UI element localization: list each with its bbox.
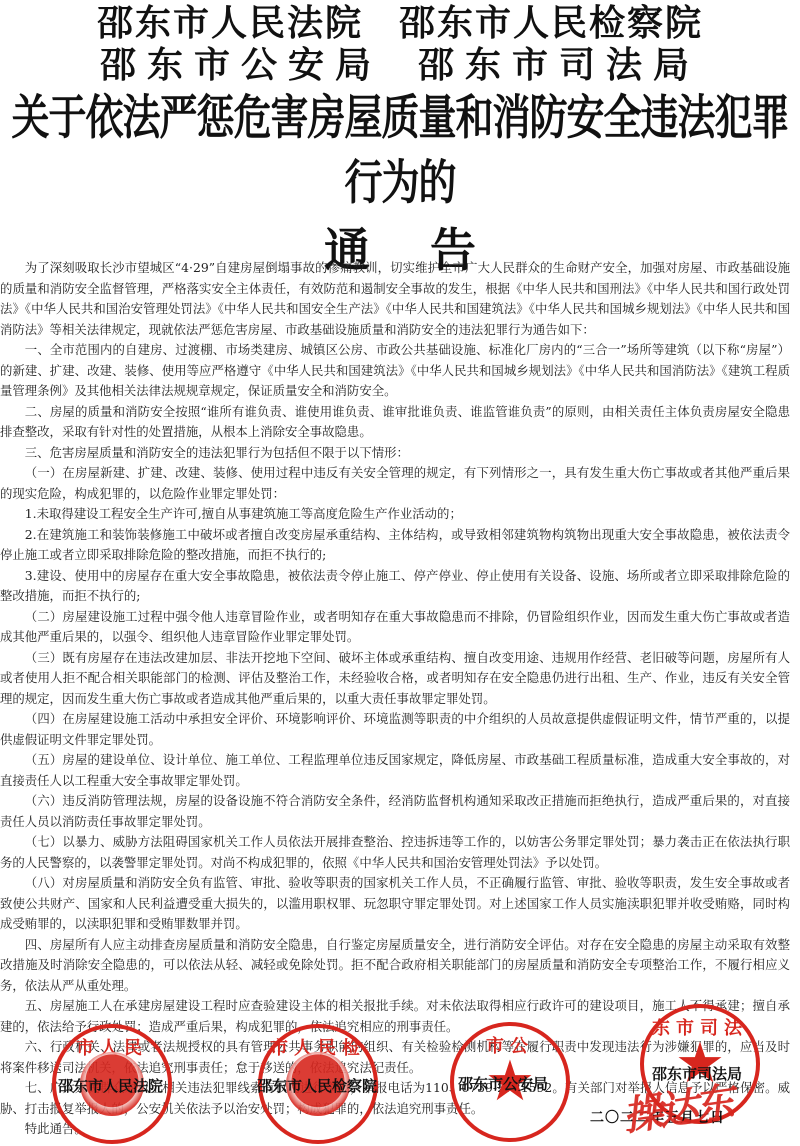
section-2: 二、房屋的质量和消防安全按照“谁所有谁负责、谁使用谁负责、谁审批谁负责、谁监管谁…: [0, 402, 790, 443]
agency-procuratorate: 邵东市人民检察院: [399, 2, 703, 44]
section-3: 三、危害房屋质量和消防安全的违法犯罪行为包括但不限于以下情形：: [0, 443, 790, 464]
notice-body: 为了深刻吸取长沙市望城区“4·29”自建房屋倒塌事故的惨痛教训，切实维护全市广大…: [0, 258, 790, 1140]
section-3-item-4: （四）在房屋建设施工活动中承担安全评价、环境影响评价、环境监测等职责的中介组织的…: [0, 709, 790, 750]
section-3-item-6: （六）违反消防管理法规，房屋的设备设施不符合消防安全条件，经消防监督机构通知采取…: [0, 791, 790, 832]
agency-row-2: 邵东市公安局 邵东市司法局: [0, 44, 800, 86]
agency-justice: 邵东市司法局: [418, 44, 700, 86]
section-3-item-3: （三）既有房屋存在违法改建加层、非法开挖地下空间、破坏主体或承重结构、擅自改变用…: [0, 648, 790, 710]
section-3-item-1-1: 1.未取得建设工程安全生产许可,擅自从事建筑施工等高度危险生产作业活动的；: [0, 504, 790, 525]
police-seal-label: 邵东市公安局: [458, 1073, 548, 1094]
section-3-item-8: （八）对房屋质量和消防安全负有监管、审批、验收等职责的国家机关工作人员，不正确履…: [0, 873, 790, 935]
agency-row-1: 邵东市人民法院 邵东市人民检察院: [0, 2, 800, 44]
notice-header: 邵东市人民法院 邵东市人民检察院 邵东市公安局 邵东市司法局 关于依法严惩危害房…: [0, 2, 800, 280]
agency-police: 邵东市公安局: [100, 44, 382, 86]
handwritten-signature: 操达东: [619, 1071, 734, 1142]
notice-title: 关于依法严惩危害房屋质量和消防安全违法犯罪行为的: [0, 85, 800, 215]
procuratorate-seal-label: 邵东市人民检察院: [257, 1075, 377, 1096]
section-3-item-1-2: 2.在建筑施工和装饰装修施工中破坏或者擅自改变房屋承重结构、主体结构，或导致相邻…: [0, 525, 790, 566]
intro-paragraph: 为了深刻吸取长沙市望城区“4·29”自建房屋倒塌事故的惨痛教训，切实维护全市广大…: [0, 258, 790, 340]
court-seal-label: 邵东市人民法院: [58, 1075, 163, 1096]
section-3-item-7: （七）以暴力、威胁方法阻碍国家机关工作人员依法开展排查整治、控违拆违等工作的，以…: [0, 832, 790, 873]
seal-area: 市人民 邵东市人民法院 市人民检 邵东市人民检察院 市公 ★ 邵东市公安局 东市…: [0, 1018, 800, 1146]
section-3-item-2: （二）房屋建设施工过程中强令他人违章冒险作业，或者明知存在重大事故隐患而不排除，…: [0, 607, 790, 648]
section-4: 四、房屋所有人应主动排查房屋质量和消防安全隐患，自行鉴定房屋质量安全，进行消防安…: [0, 935, 790, 997]
section-1: 一、全市范围内的自建房、过渡棚、市场类建房、城镇区公房、市政公共基础设施、标准化…: [0, 340, 790, 402]
section-3-item-1-3: 3.建设、使用中的房屋存在重大安全事故隐患，被依法责令停止施工、停产停业、停止使…: [0, 566, 790, 607]
agency-court: 邵东市人民法院: [97, 2, 363, 44]
section-3-item-5: （五）房屋的建设单位、设计单位、施工单位、工程监理单位违反国家规定，降低房屋、市…: [0, 750, 790, 791]
section-3-item-1: （一）在房屋新建、扩建、改建、装修、使用过程中违反有关安全管理的规定，有下列情形…: [0, 463, 790, 504]
